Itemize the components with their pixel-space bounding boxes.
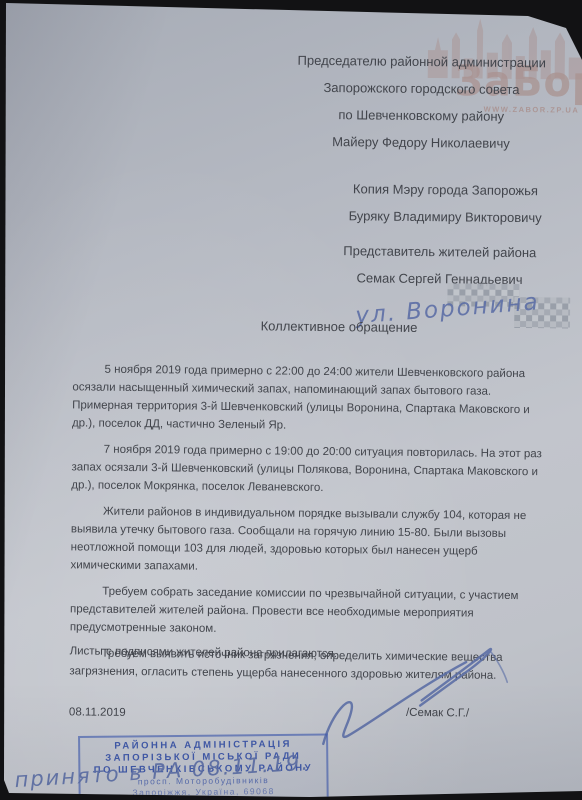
copy-recipient-block: Копия Мэру города Запорожья Буряку Влади… (320, 175, 571, 232)
paragraph: 7 ноября 2019 года примерно с 19:00 до 2… (71, 440, 546, 499)
representative-line: Семак Сергей Геннадьевич (319, 264, 559, 294)
recipient-line: Запорожского городского совета (271, 73, 571, 103)
letter-title: Коллективное обращение (219, 318, 459, 336)
recipient-line: Председателю районной администрации (272, 46, 572, 76)
paragraph: Требуем собрать заседание комиссии по чр… (70, 582, 545, 641)
representative-line: Представитель жителей района (320, 237, 560, 267)
copy-line: Буряку Владимиру Викторовичу (320, 202, 570, 232)
paper-sheet: ЗаБор WWW.ZABOR.ZP.UA Председателю район… (0, 0, 582, 800)
letter-content: ЗаБор WWW.ZABOR.ZP.UA Председателю район… (0, 0, 582, 800)
copy-line: Копия Мэру города Запорожья (320, 175, 570, 205)
paragraph: 5 ноября 2019 года примерно с 22:00 до 2… (72, 360, 547, 437)
recipient-line: Майеру Федору Николаевичу (271, 127, 571, 157)
paragraph: Жители районов в индивидуальном порядке … (70, 502, 545, 579)
letter-date: 08.11.2019 (69, 706, 126, 719)
representative-block: Представитель жителей района Семак Серге… (319, 237, 560, 294)
handwritten-signature (297, 634, 516, 758)
photo-of-document: ЗаБор WWW.ZABOR.ZP.UA Председателю район… (0, 0, 582, 800)
stamp-line: Запоріжжя, Україна, 69068 (85, 785, 323, 798)
recipient-line: по Шевченковскому району (271, 100, 571, 130)
recipient-block: Председателю районной администрации Запо… (271, 46, 572, 157)
signature-name-label: /Семак С.Г./ (406, 707, 469, 720)
